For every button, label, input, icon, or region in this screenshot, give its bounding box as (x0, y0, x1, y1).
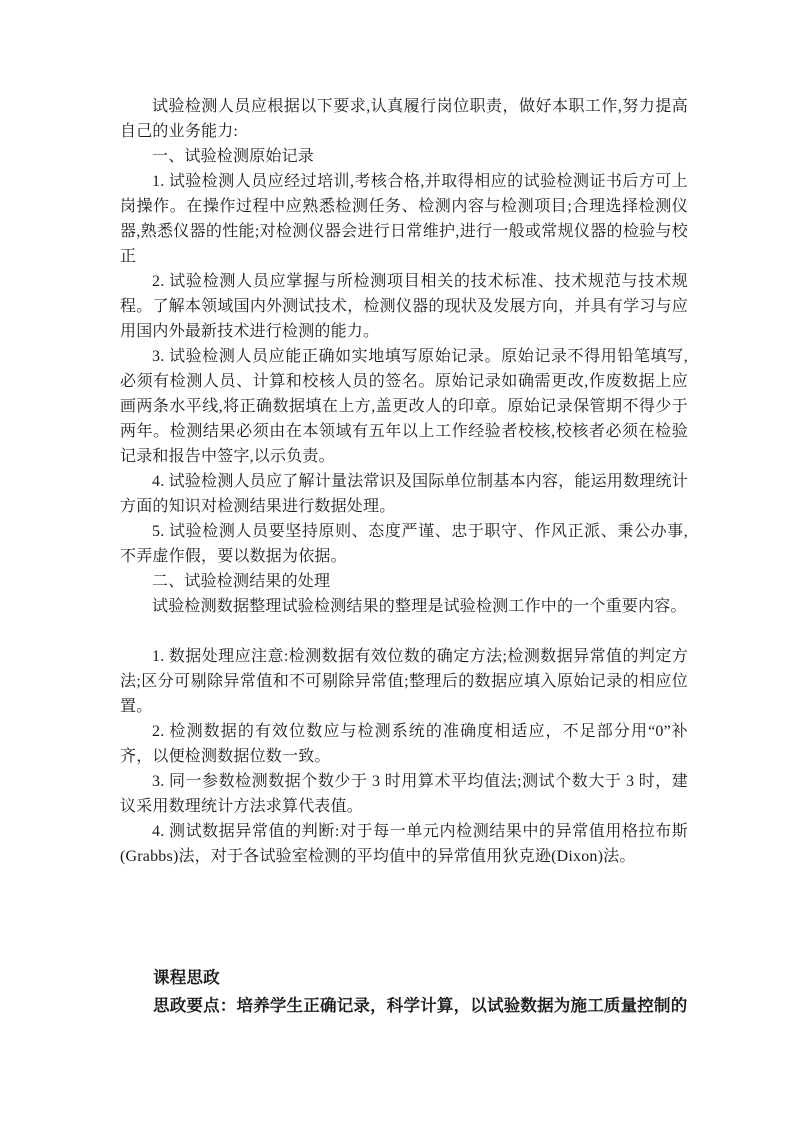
paragraph: 3. 同一参数检测数据个数少于 3 时用算术平均值法;测试个数大于 3 时，建议… (120, 769, 688, 819)
paragraph: 2. 检测数据的有效位数应与检测系统的准确度相适应，不足部分用“0”补齐，以便检… (120, 719, 688, 769)
document-body: 试验检测人员应根据以下要求,认真履行岗位职责，做好本职工作,努力提高自己的业务能… (120, 94, 688, 869)
paragraph: 4. 试验检测人员应了解计量法常识及国际单位制基本内容，能运用数理统计方面的知识… (120, 469, 688, 519)
paragraph: 二、试验检测结果的处理 (120, 569, 688, 594)
paragraph: 1. 数据处理应注意:检测数据有效位数的确定方法;检测数据异常值的判定方法;区分… (120, 644, 688, 719)
paragraph: 试验检测人员应根据以下要求,认真履行岗位职责，做好本职工作,努力提高自己的业务能… (120, 94, 688, 144)
paragraph: 试验检测数据整理试验检测结果的整理是试验检测工作中的一个重要内容。 (120, 594, 688, 619)
ideology-heading: 课程思政 (120, 964, 688, 992)
paragraph: 3. 试验检测人员应能正确如实地填写原始记录。原始记录不得用铅笔填写,必须有检测… (120, 344, 688, 469)
paragraph: 4. 测试数据异常值的判断:对于每一单元内检测结果中的异常值用格拉布斯(Grab… (120, 819, 688, 869)
paragraph: 5. 试验检测人员要坚持原则、态度严谨、忠于职守、作风正派、秉公办事,不弄虚作假… (120, 519, 688, 569)
document-page: 试验检测人员应根据以下要求,认真履行岗位职责，做好本职工作,努力提高自己的业务能… (0, 0, 800, 1131)
blank-line (120, 619, 688, 644)
paragraph: 1. 试验检测人员应经过培训,考核合格,并取得相应的试验检测证书后方可上岗操作。… (120, 169, 688, 269)
paragraph: 一、试验检测原始记录 (120, 144, 688, 169)
paragraph: 2. 试验检测人员应掌握与所检测项目相关的技术标准、技术规范与技术规程。了解本领… (120, 269, 688, 344)
ideology-point: 思政要点：培养学生正确记录，科学计算，以试验数据为施工质量控制的 (120, 992, 688, 1020)
ideology-section: 课程思政 思政要点：培养学生正确记录，科学计算，以试验数据为施工质量控制的 (120, 964, 688, 1020)
document-content: 试验检测人员应根据以下要求,认真履行岗位职责，做好本职工作,努力提高自己的业务能… (120, 94, 688, 1020)
